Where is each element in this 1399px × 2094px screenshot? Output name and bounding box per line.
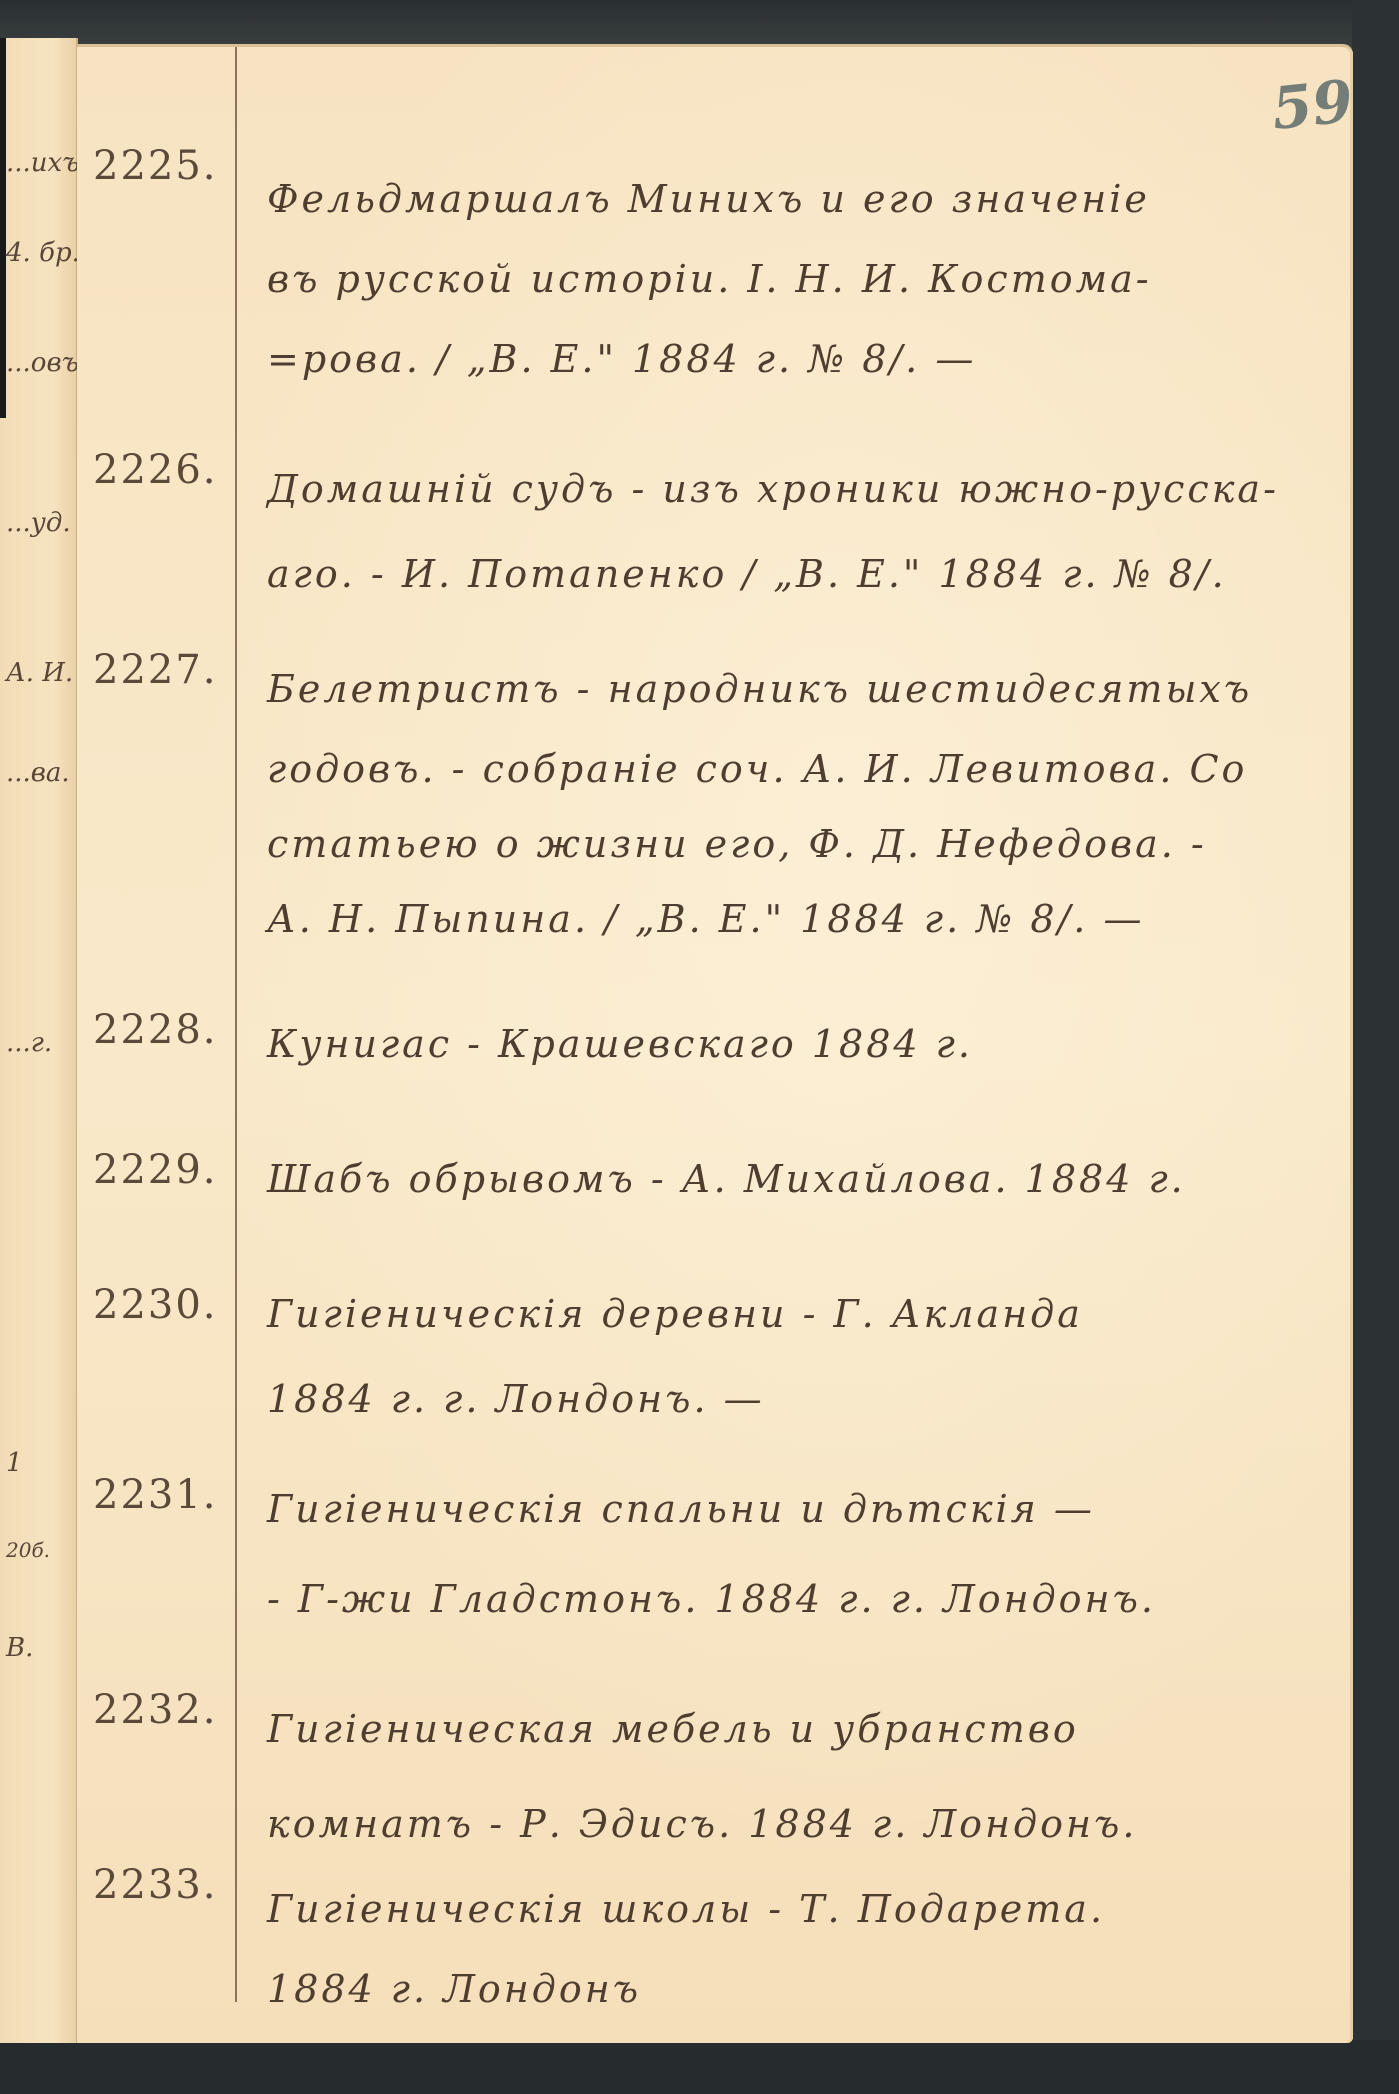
entry-line: аго. - И. Потапенко / „В. Е." 1884 г. № … <box>267 552 1227 596</box>
entry-line: 1884 г. Лондонъ <box>267 1967 641 2011</box>
book-cover-bottom <box>0 2040 1399 2094</box>
page-number-stamp: 59 <box>1269 67 1356 143</box>
entry-line: въ русской исторіи. I. Н. И. Костома- <box>267 257 1152 301</box>
entry-line: Гигіеническая мебель и убранство <box>267 1707 1079 1751</box>
entry-line: Гигіеническія школы - Т. Подарета. <box>267 1887 1105 1931</box>
entry-number: 2225. <box>93 143 218 189</box>
prev-fragment: 1 <box>6 1448 23 1478</box>
entry-line: Гигіеническія спальни и дѣтскія — <box>267 1487 1095 1531</box>
previous-page-edge: ...ихъ, 4. бр. ...овъ. ...уд. А. И. ...в… <box>0 38 78 2043</box>
catalog-page: 59 2225. Фельдмаршалъ Минихъ и его значе… <box>77 44 1353 2043</box>
entry-line: годовъ. - собраніе соч. А. И. Левитова. … <box>267 747 1247 791</box>
entry-line: статьею о жизни его, Ф. Д. Нефедова. - <box>267 822 1207 866</box>
entry-number: 2233. <box>93 1862 218 1908</box>
prev-fragment: ...ихъ, <box>6 148 88 178</box>
entry-number: 2227. <box>93 647 218 693</box>
entry-line: Шабъ обрывомъ - А. Михайлова. 1884 г. <box>267 1157 1186 1201</box>
prev-fragment: ...г. <box>6 1028 52 1058</box>
entry-line: 1884 г. г. Лондонъ. — <box>267 1377 765 1421</box>
prev-fragment: 4. бр. <box>6 238 80 268</box>
entry-line: Домашній судъ - изъ хроники южно-русска- <box>267 467 1279 511</box>
entry-line: А. Н. Пыпина. / „В. Е." 1884 г. № 8/. — <box>267 897 1144 941</box>
margin-rule <box>235 47 237 2002</box>
prev-fragment: ...уд. <box>6 508 71 538</box>
entry-line: комнатъ - Р. Эдисъ. 1884 г. Лондонъ. <box>267 1802 1137 1846</box>
prev-fragment: ...ва. <box>6 758 70 788</box>
prev-fragment: В. <box>6 1633 33 1663</box>
entry-line: Белетристъ - народникъ шестидесятыхъ <box>267 667 1252 711</box>
entry-number: 2230. <box>93 1282 218 1328</box>
entry-number: 2229. <box>93 1147 218 1193</box>
entry-line: Гигіеническія деревни - Г. Акланда <box>267 1292 1083 1336</box>
book-cover-top <box>0 0 1399 50</box>
entry-number: 2226. <box>93 447 218 493</box>
entry-number: 2232. <box>93 1687 218 1733</box>
book-cover-right <box>1352 0 1399 2094</box>
entry-line: Фельдмаршалъ Минихъ и его значеніе <box>267 177 1150 221</box>
entry-line: Кунигас - Крашевскаго 1884 г. <box>267 1022 973 1066</box>
prev-fragment: 20б. <box>6 1538 50 1562</box>
entry-number: 2228. <box>93 1007 218 1053</box>
entry-line: =рова. / „В. Е." 1884 г. № 8/. — <box>267 337 976 381</box>
entry-number: 2231. <box>93 1472 218 1518</box>
prev-fragment: А. И. <box>6 658 73 688</box>
entry-line: - Г-жи Гладстонъ. 1884 г. г. Лондонъ. <box>267 1577 1156 1621</box>
prev-fragment: ...овъ. <box>6 348 87 378</box>
